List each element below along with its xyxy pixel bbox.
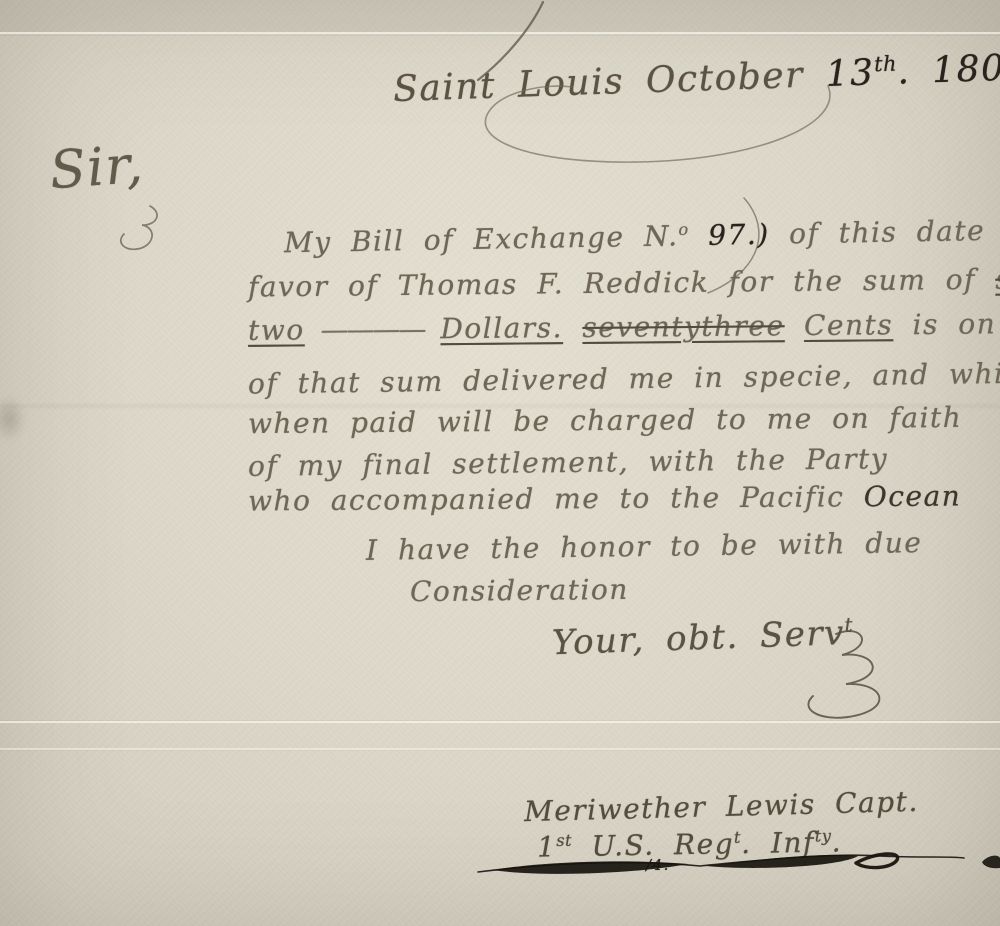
text-segment: who accompanied me to the bbox=[248, 481, 740, 517]
closing-line: Consideration bbox=[410, 573, 629, 608]
body-line: two ———— Dollars. seventythree Cents is … bbox=[248, 306, 1000, 347]
text-segment bbox=[784, 309, 804, 342]
bill-number: 97.) bbox=[689, 218, 770, 252]
fold-line-lower-2 bbox=[0, 748, 1000, 750]
text-segment: of this date in bbox=[769, 213, 1000, 251]
signature-unit: 1st U.S. Regt. Infty. bbox=[537, 825, 843, 863]
word-ocean: Ocean bbox=[864, 480, 962, 514]
struck-word-seventythree: seventythree bbox=[582, 309, 785, 344]
dateline-day: 13 bbox=[825, 52, 875, 95]
text-segment: Pacific bbox=[740, 480, 864, 514]
fold-line-top-shadow bbox=[0, 35, 1000, 36]
filler-dash: ———— bbox=[304, 312, 440, 346]
text-segment: 1 bbox=[537, 830, 557, 863]
text-segment-superscript: st bbox=[556, 831, 572, 850]
dateline-day-suffix: th bbox=[874, 52, 898, 77]
underlined-word-two: two bbox=[248, 313, 305, 346]
text-segment: . Inf bbox=[741, 826, 815, 860]
text-segment-superscript: t bbox=[844, 613, 853, 636]
text-segment: is on account bbox=[893, 306, 1000, 341]
text-segment bbox=[563, 311, 583, 344]
dateline-year: . 1806 bbox=[897, 47, 1000, 93]
body-line: when paid will be charged to me on faith bbox=[248, 401, 963, 440]
scan-top-band bbox=[0, 0, 1000, 32]
text-segment: when paid will be charged to me on faith bbox=[248, 401, 963, 440]
text-segment-superscript: ty bbox=[815, 826, 832, 845]
flourish-mark: /4. bbox=[646, 856, 670, 874]
text-segment: My Bill of Exchange N. bbox=[284, 219, 679, 259]
underlined-word-seventy: seventy bbox=[995, 261, 1000, 295]
text-segment-superscript: o bbox=[678, 220, 689, 239]
fold-line-lower bbox=[0, 721, 1000, 723]
text-segment: . bbox=[831, 825, 842, 858]
underlined-word-dollars: Dollars. bbox=[440, 311, 563, 345]
fold-line-top bbox=[0, 32, 1000, 34]
body-line: who accompanied me to the Pacific Ocean bbox=[248, 480, 961, 518]
salutation: Sir, bbox=[48, 135, 146, 201]
underlined-word-cents: Cents bbox=[804, 308, 893, 342]
